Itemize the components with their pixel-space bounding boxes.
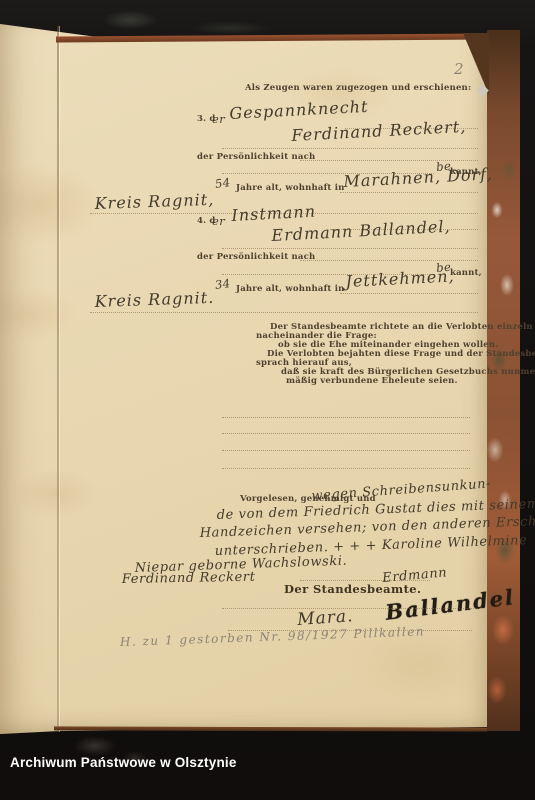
archive-scan-view: 2 Als Zeugen waren zugezogen und erschie…: [0, 0, 535, 800]
witness4-article: er: [212, 214, 225, 228]
page-fold-highlight: [59, 26, 60, 732]
archive-caption: Archiwum Państwowe w Olsztynie: [10, 755, 237, 770]
witness3-article: er: [212, 112, 225, 126]
rule-line: [222, 248, 478, 249]
signature-witness3: Ferdinand Reckert: [122, 570, 256, 587]
witness4-age-label: Jahre alt, wohnhaft in: [236, 284, 345, 294]
rule-line: [340, 293, 478, 294]
witness4-known-printed: kannt,: [450, 268, 482, 278]
rule-line: [222, 450, 470, 451]
rule-line: [300, 160, 478, 161]
witness3-age: 54: [214, 175, 231, 191]
witness-header: Als Zeugen waren zugezogen und erschiene…: [245, 83, 471, 93]
officiant-label: Der Standesbeamte.: [284, 582, 421, 596]
rule-line: [222, 468, 470, 469]
declaration-line: mäßig verbundene Eheleute seien.: [286, 376, 458, 386]
marbled-cover-edge: [487, 30, 520, 731]
witness3-identity-label: der Persönlichkeit nach: [197, 152, 315, 162]
witness4-age: 34: [214, 276, 231, 292]
witness4-identity-label: der Persönlichkeit nach: [197, 252, 315, 262]
rule-line: [90, 312, 478, 313]
page-number: 2: [454, 60, 464, 78]
rule-line: [300, 260, 478, 261]
rule-line: [340, 192, 478, 193]
witness3-age-label: Jahre alt, wohnhaft in: [236, 183, 345, 193]
rule-line: [222, 433, 470, 434]
rule-line: [222, 148, 478, 149]
rule-line: [222, 417, 470, 418]
